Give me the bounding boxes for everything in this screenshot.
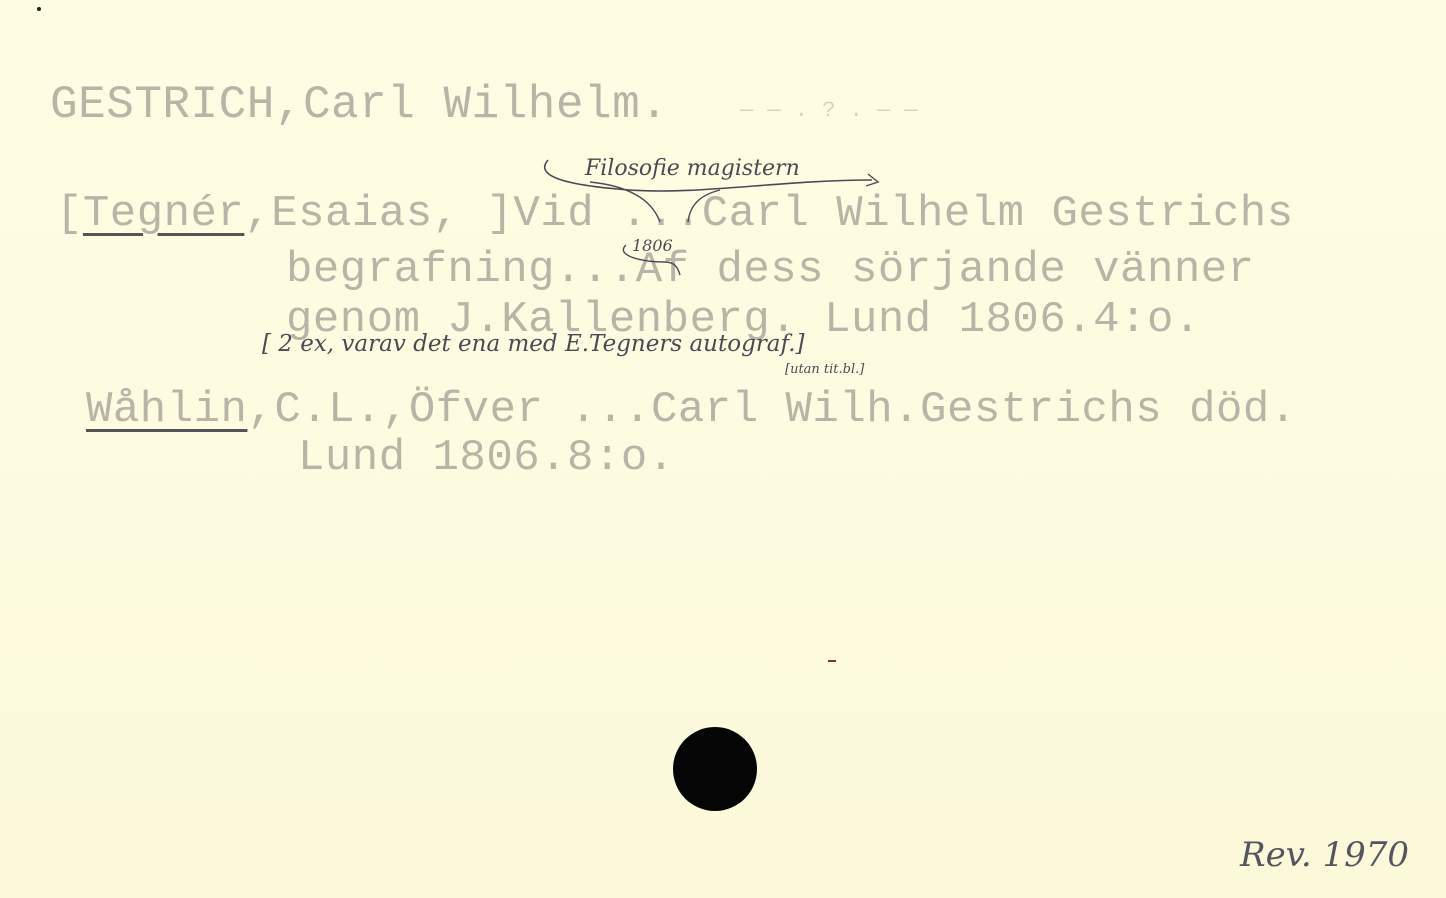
catalog-card: GESTRICH,Carl Wilhelm. — — . ? . — — Fil… (0, 0, 1446, 898)
punch-hole (673, 727, 757, 811)
revision-note: Rev. 1970 (1240, 838, 1409, 872)
ink-mark (828, 660, 836, 662)
